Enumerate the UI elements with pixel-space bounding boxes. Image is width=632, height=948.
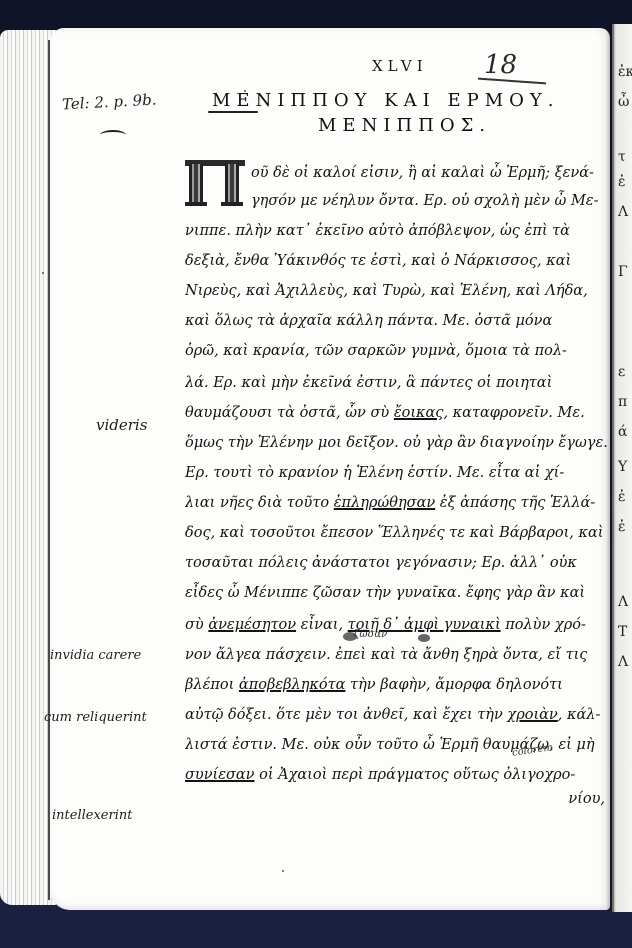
text-line: Νιρεὺς, καὶ Ἀχιλλεὺς, καὶ Τυρὼ, καὶ Ἑλέν…: [185, 276, 588, 306]
text-line: γησόν με νέηλυν ὄντα. Ερ. οὐ σχολὴ μὲν ὦ…: [251, 186, 598, 216]
ink-blot: [418, 634, 430, 642]
facing-page-glyph: ἐ: [618, 489, 626, 505]
interlinear-note: ζῶσαν: [354, 629, 387, 640]
marginal-note-invidia-carere: invidia carere: [50, 648, 141, 663]
text-line: λά. Ερ. καὶ μὴν ἐκεῖνά ἐστιν, ἃ πάντες ο…: [185, 368, 552, 398]
title-underline: [208, 111, 258, 113]
ink-blot: [343, 632, 357, 641]
paper-speck: [244, 90, 246, 92]
marginal-note-cum-reliquerint: cum reliquerint: [44, 710, 147, 725]
facing-page-glyph: ἐ: [618, 519, 626, 535]
facing-page-glyph: Υ: [618, 459, 627, 475]
text-line: νιππε. πλὴν κατ᾽ ἐκεῖνο αὐτὸ ἀπόβλεψον, …: [185, 216, 570, 246]
text-line: λιαι νῆες διὰ τοῦτο ἐπληρώθησαν ἐξ ἁπάση…: [185, 488, 595, 518]
handwritten-bracket-mark: [100, 130, 126, 140]
marginal-note-videris: videris: [96, 416, 147, 434]
text-line: εἶδες ὦ Μένιππε ζῶσαν τὴν γυναῖκα. ἔφης …: [185, 578, 585, 608]
facing-page-glyph: Γ: [618, 264, 628, 280]
paper-speck: [282, 870, 284, 872]
text-line: καὶ ὅλως τὰ ἀρχαῖα κάλλη πάντα. Με. ὀστᾶ…: [185, 306, 552, 336]
facing-page-glyph: Λ: [618, 594, 628, 610]
text-line: ὅμως τὴν Ἑλένην μοι δεῖξον. οὐ γὰρ ἂν δι…: [185, 428, 608, 458]
text-line: οῦ δὲ οἱ καλοί εἰσιν, ἢ αἱ καλαὶ ὦ Ἑρμῆ;…: [251, 158, 594, 188]
facing-page-glyph: ὦ: [618, 94, 629, 110]
gutter-shadow: [606, 24, 614, 912]
handwritten-page-number: 18: [484, 50, 517, 80]
facing-page: ἐκ ὦ τ ἐ Λ Γ ε π ά Υ ἐ ἐ Λ Τ Λ: [612, 24, 632, 912]
paper-speck: [42, 272, 44, 274]
text-line: βλέποι ἀποβεβληκότα τὴν βαφὴν, ἄμορφα δη…: [185, 670, 563, 700]
facing-page-glyph: Τ: [618, 624, 627, 640]
text-line: Ερ. τουτὶ τὸ κρανίον ἡ Ἑλένη ἐστίν. Με. …: [185, 458, 564, 488]
text-line: δος, καὶ τοσοῦτοι ἔπεσον Ἕλληνές τε καὶ …: [185, 518, 603, 548]
drop-cap-pi: [185, 160, 245, 206]
facing-page-glyph: τ: [618, 149, 626, 165]
facing-page-glyph: ά: [618, 424, 627, 440]
facing-page-glyph: ἐκ: [618, 64, 632, 80]
marginal-note-intellexerint: intellexerint: [52, 808, 132, 823]
text-line: δεξιὰ, ἔνθα Ὑάκινθός τε ἐστὶ, καὶ ὁ Νάρκ…: [185, 246, 571, 276]
text-line: συνίεσαν οἱ Ἀχαιοὶ περὶ πράγματος οὕτως …: [185, 760, 575, 790]
facing-page-glyph: ἐ: [618, 174, 626, 190]
facing-page-glyph: π: [618, 394, 627, 410]
facing-page-glyph: Λ: [618, 654, 628, 670]
dialogue-title: ΜΕΝΙΠΠΟΥ ΚΑΙ ΕΡΜΟΥ.: [212, 90, 602, 111]
text-line: θαυμάζουσι τὰ ὀστᾶ, ὧν σὺ ἔοικας, καταφρ…: [185, 398, 585, 428]
text-line: τοσαῦται πόλεις ἀνάστατοι γεγόνασιν; Ερ.…: [185, 548, 577, 578]
text-line: αὐτῷ δόξει. ὅτε μὲν τοι ἀνθεῖ, καὶ ἔχει …: [185, 700, 600, 730]
facing-page-glyph: ε: [618, 364, 625, 380]
text-line: ὁρῶ, καὶ κρανία, τῶν σαρκῶν γυμνὰ, ὅμοια…: [185, 336, 567, 366]
folio-number: XLVI: [372, 57, 428, 75]
facing-page-glyph: Λ: [618, 204, 628, 220]
speaker-heading: ΜΕΝΙΠΠΟΣ.: [318, 115, 491, 136]
text-line: νον ἄλγεα πάσχειν. ἐπεὶ καὶ τὰ ἄνθη ξηρὰ…: [185, 640, 587, 670]
text-line-catchword: νίου,: [545, 784, 605, 814]
